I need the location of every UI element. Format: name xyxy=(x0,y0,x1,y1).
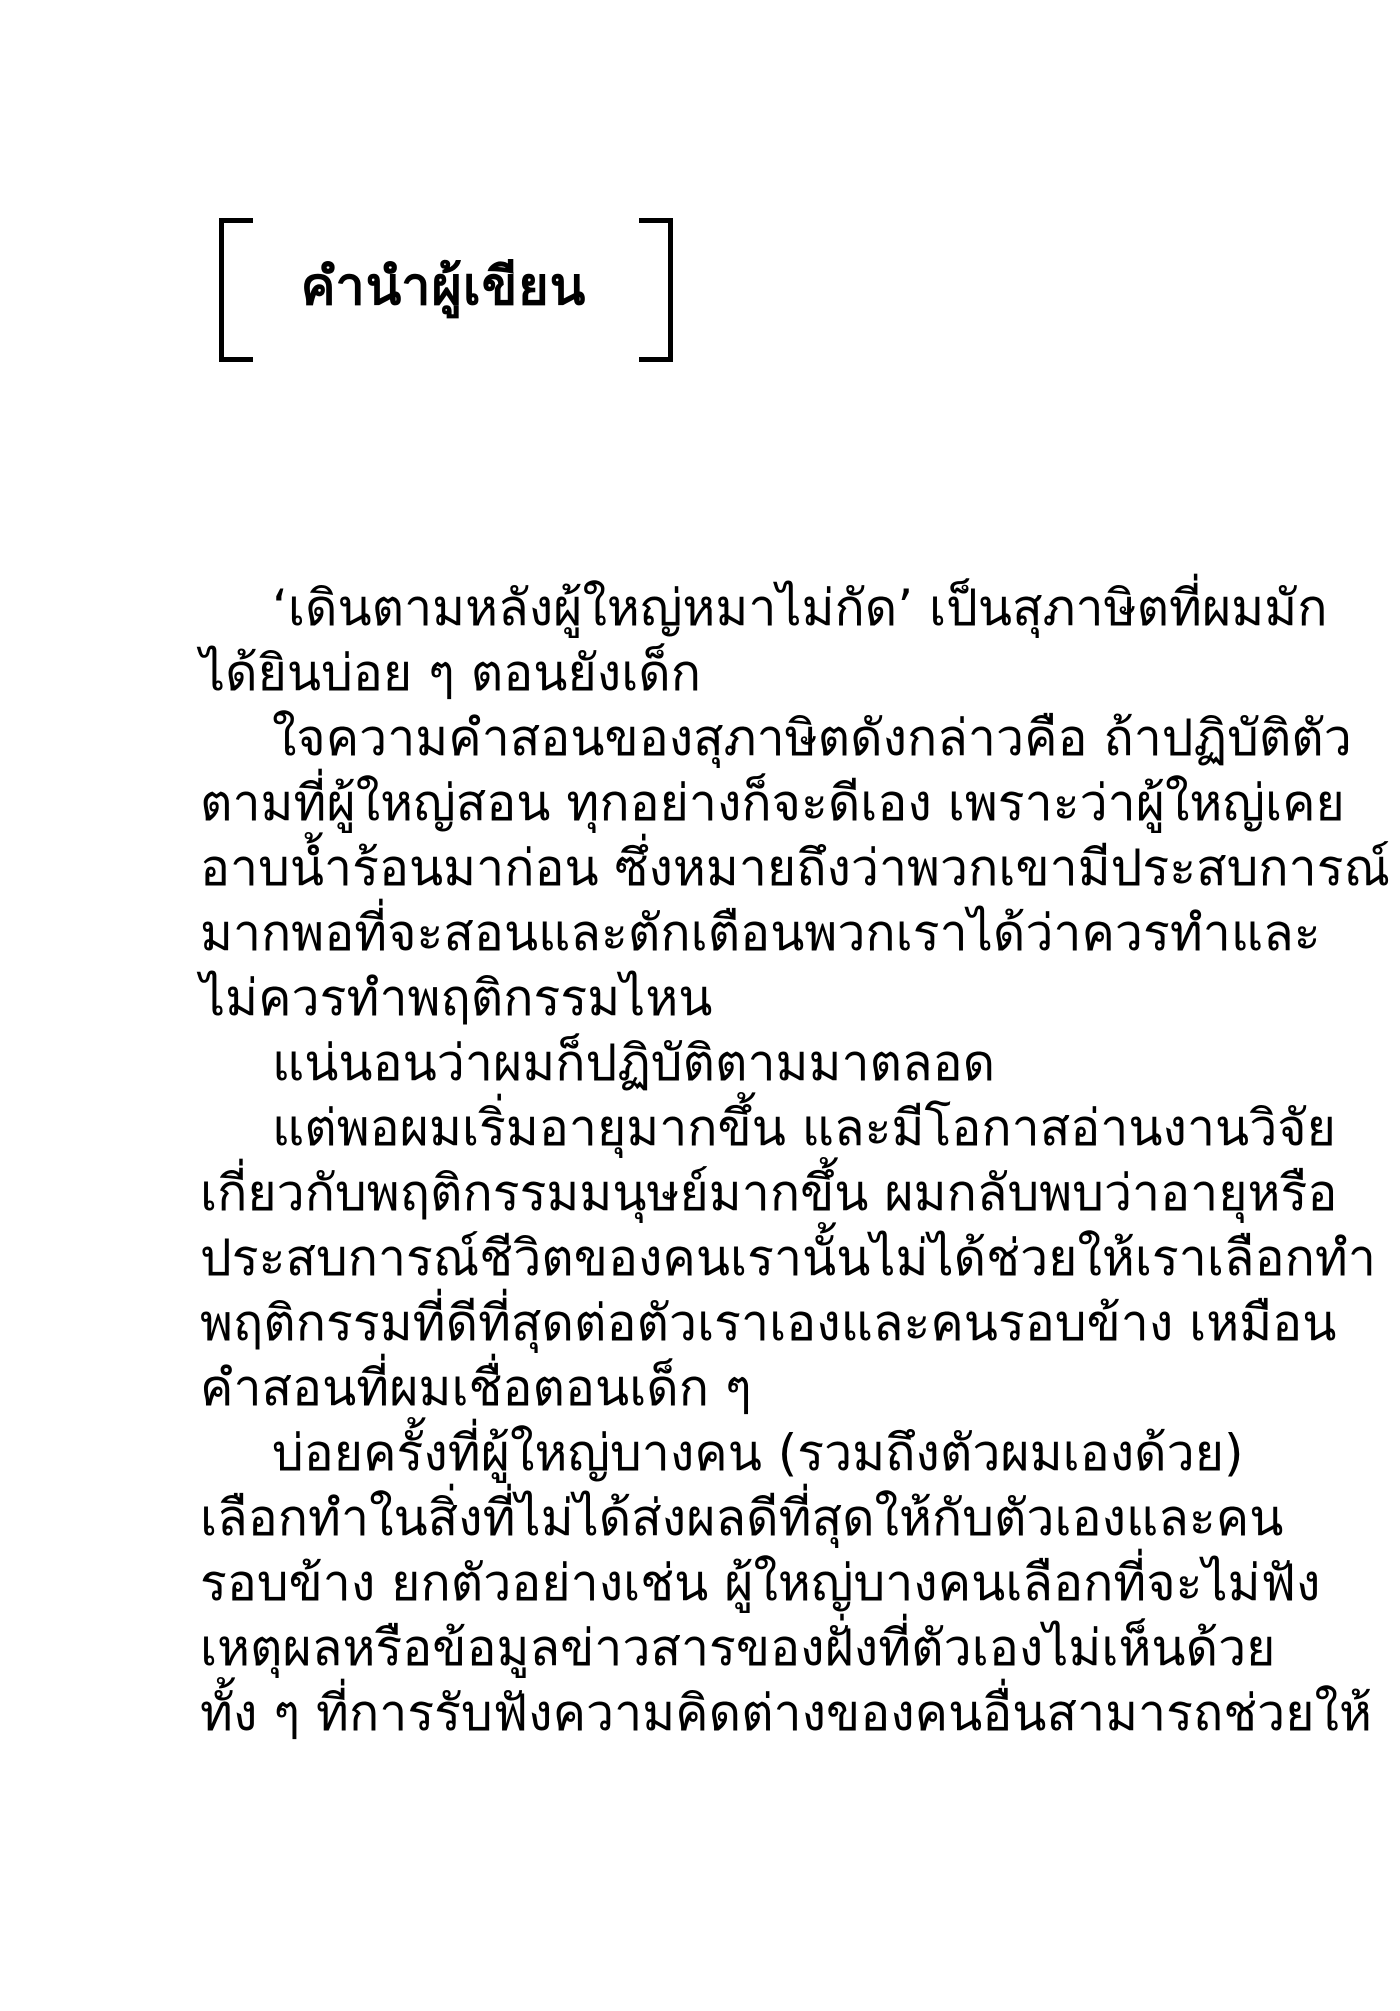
page-title: คำนำผู้เขียน xyxy=(219,218,668,357)
paragraph: ‘เดินตามหลังผู้ใหญ่หมาไม่กัด’ เป็นสุภาษิ… xyxy=(200,576,1240,706)
paragraph: บ่อยครั้งที่ผู้ใหญ่บางคน (รวมถึงตัวผมเอง… xyxy=(200,1421,1240,1746)
text-line: ไม่ควรทำพฤติกรรมไหน xyxy=(200,966,1240,1031)
paragraph: แต่พอผมเริ่มอายุมากขึ้น และมีโอกาสอ่านงา… xyxy=(200,1096,1240,1421)
text-line: แน่นอนว่าผมก็ปฏิบัติตามมาตลอด xyxy=(200,1031,1240,1096)
text-line: ประสบการณ์ชีวิตของคนเรานั้นไม่ได้ช่วยให้… xyxy=(200,1226,1240,1291)
book-page: คำนำผู้เขียน ‘เดินตามหลังผู้ใหญ่หมาไม่กั… xyxy=(0,0,1400,2011)
paragraph: แน่นอนว่าผมก็ปฏิบัติตามมาตลอด xyxy=(200,1031,1240,1096)
text-line: บ่อยครั้งที่ผู้ใหญ่บางคน (รวมถึงตัวผมเอง… xyxy=(200,1421,1240,1486)
paragraph: ใจความคำสอนของสุภาษิตดังกล่าวคือ ถ้าปฏิบ… xyxy=(200,706,1240,1031)
preface-body-text: ‘เดินตามหลังผู้ใหญ่หมาไม่กัด’ เป็นสุภาษิ… xyxy=(200,576,1240,1746)
text-line: เกี่ยวกับพฤติกรรมมนุษย์มากขึ้น ผมกลับพบว… xyxy=(200,1161,1240,1226)
text-line: รอบข้าง ยกตัวอย่างเช่น ผู้ใหญ่บางคนเลือก… xyxy=(200,1551,1240,1616)
text-line: อาบน้ำร้อนมาก่อน ซึ่งหมายถึงว่าพวกเขามีป… xyxy=(200,836,1240,901)
text-line: มากพอที่จะสอนและตักเตือนพวกเราได้ว่าควรท… xyxy=(200,901,1240,966)
text-line: ‘เดินตามหลังผู้ใหญ่หมาไม่กัด’ เป็นสุภาษิ… xyxy=(200,576,1240,641)
text-line: ตามที่ผู้ใหญ่สอน ทุกอย่างก็จะดีเอง เพราะ… xyxy=(200,771,1240,836)
text-line: ทั้ง ๆ ที่การรับฟังความคิดต่างของคนอื่นส… xyxy=(200,1681,1240,1746)
text-line: แต่พอผมเริ่มอายุมากขึ้น และมีโอกาสอ่านงา… xyxy=(200,1096,1240,1161)
text-line: เหตุผลหรือข้อมูลข่าวสารของฝั่งที่ตัวเองไ… xyxy=(200,1616,1240,1681)
text-line: คำสอนที่ผมเชื่อตอนเด็ก ๆ xyxy=(200,1356,1240,1421)
text-line: ได้ยินบ่อย ๆ ตอนยังเด็ก xyxy=(200,641,1240,706)
text-line: พฤติกรรมที่ดีที่สุดต่อตัวเราเองและคนรอบข… xyxy=(200,1291,1240,1356)
text-line: เลือกทำในสิ่งที่ไม่ได้ส่งผลดีที่สุดให้กั… xyxy=(200,1486,1240,1551)
text-line: ใจความคำสอนของสุภาษิตดังกล่าวคือ ถ้าปฏิบ… xyxy=(200,706,1240,771)
